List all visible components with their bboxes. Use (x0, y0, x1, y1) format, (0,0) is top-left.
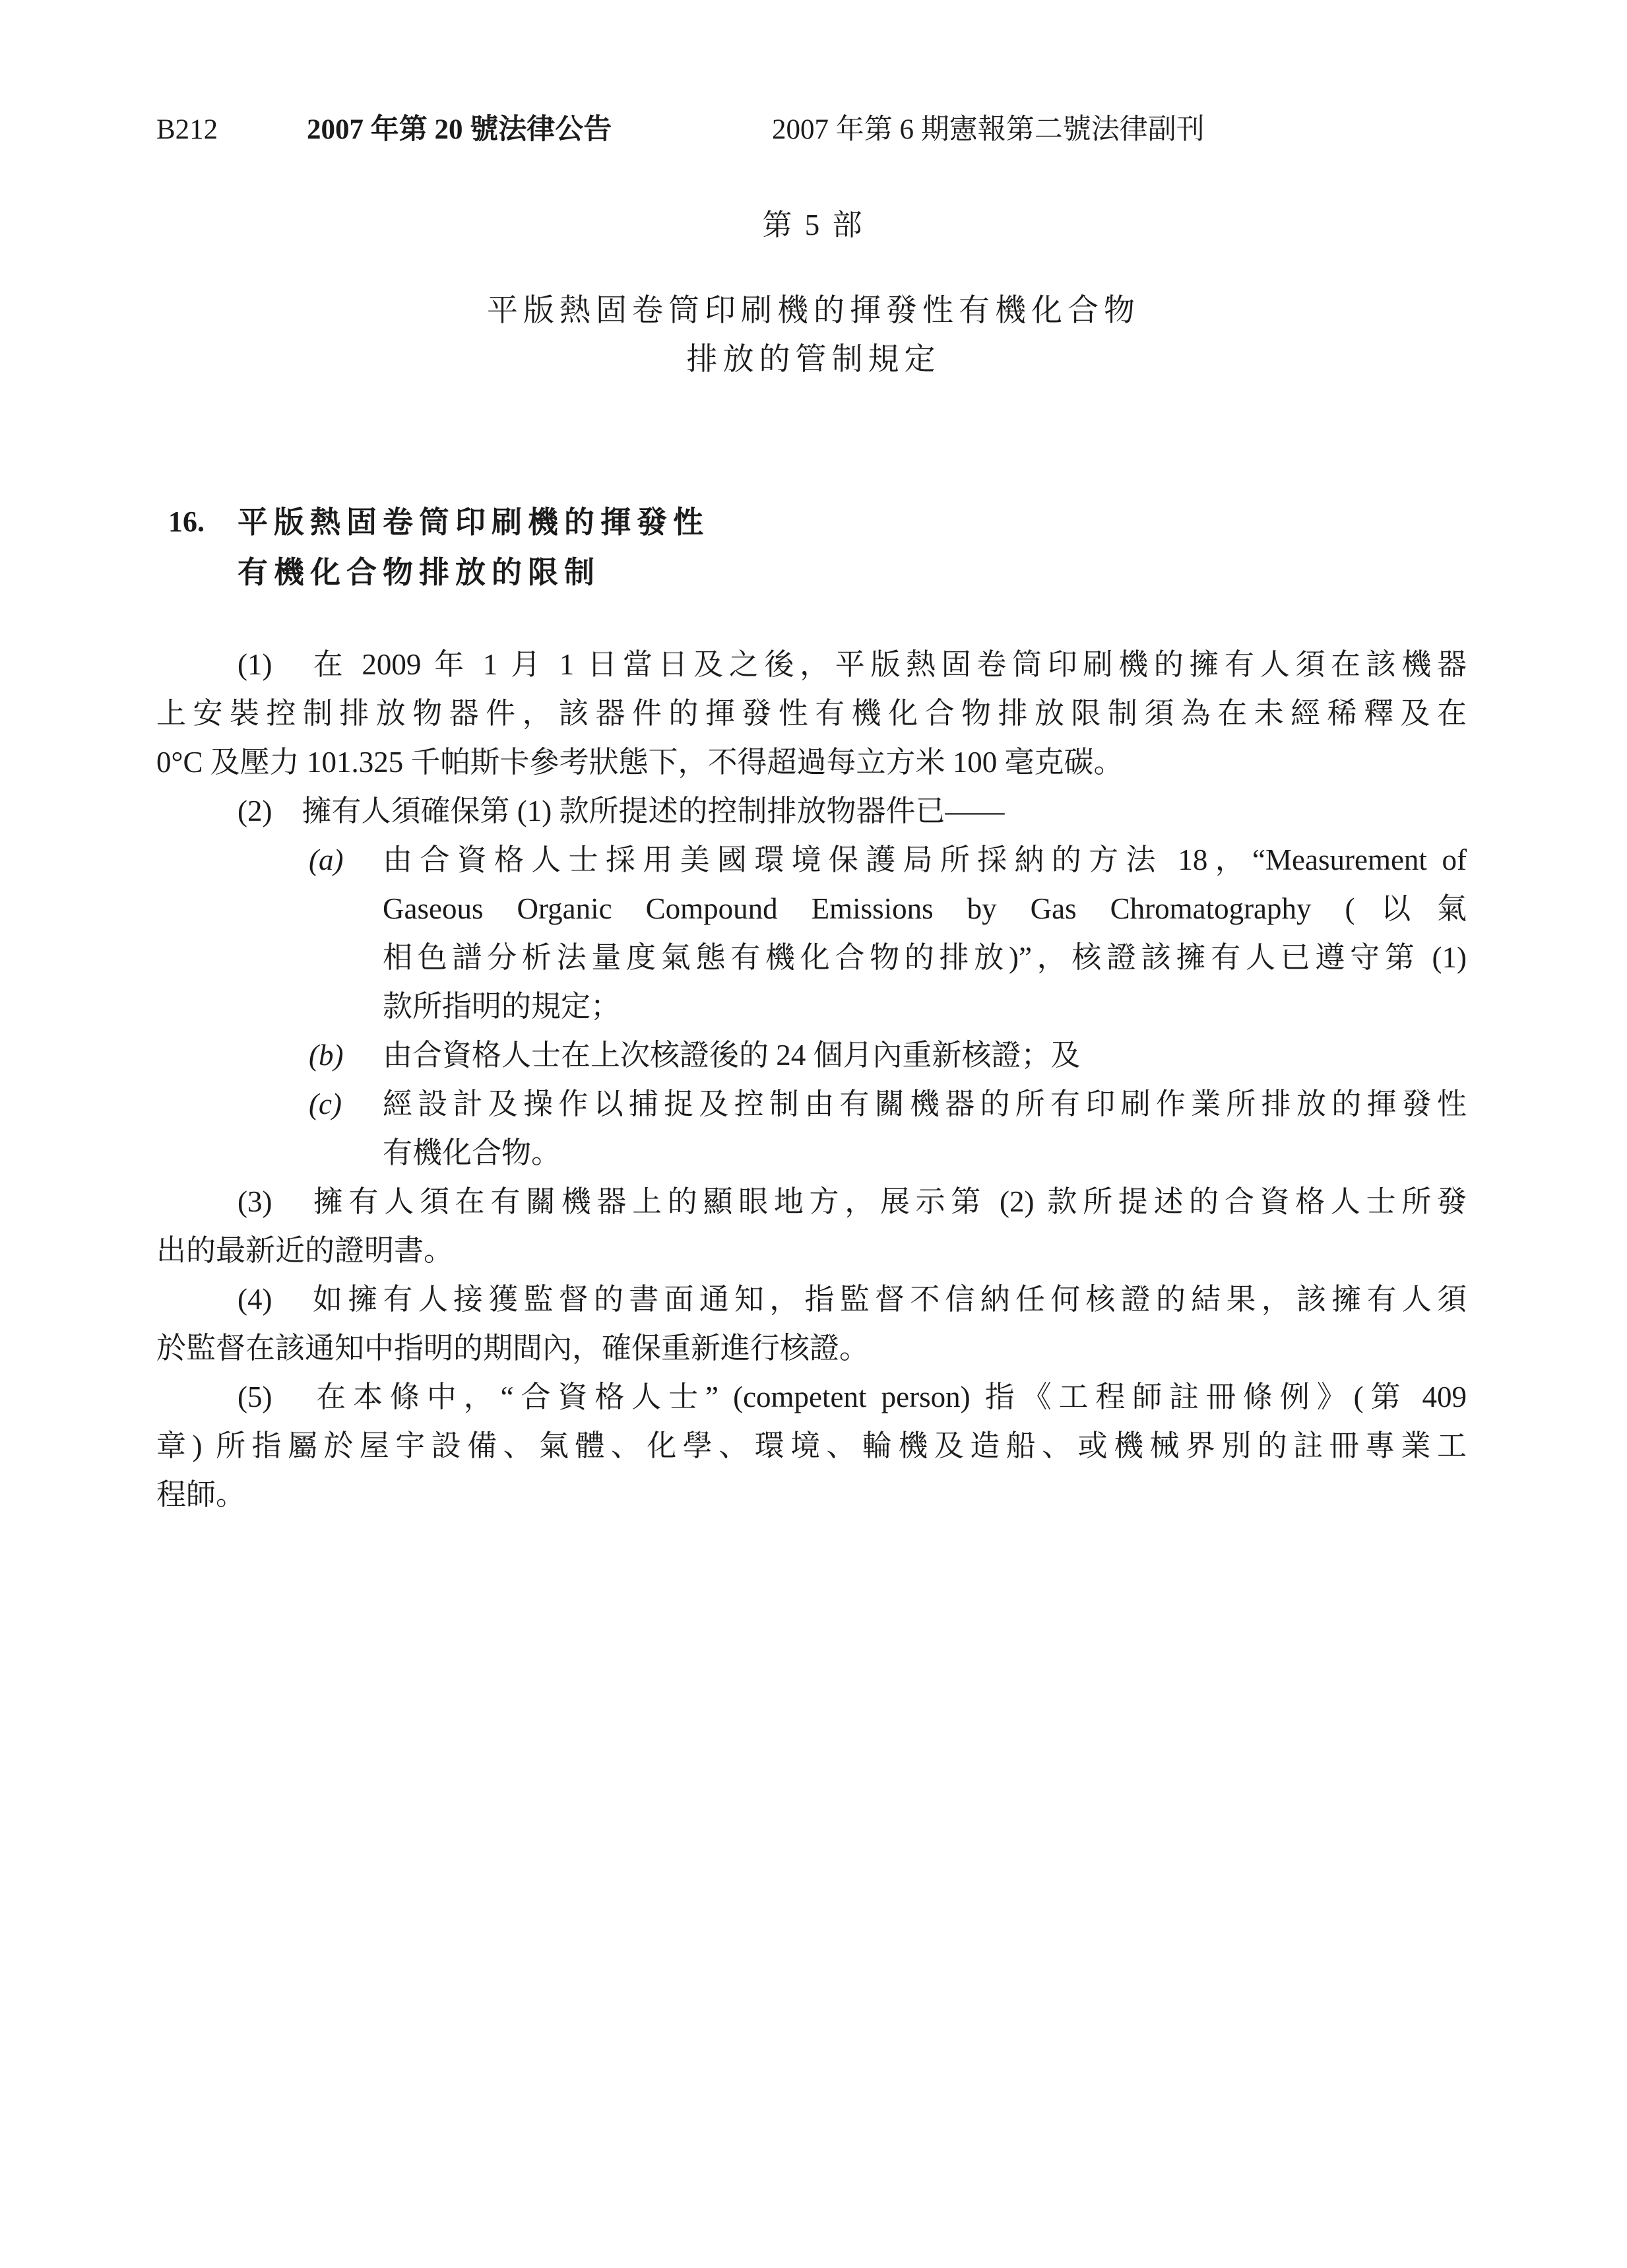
page-number: B212 (156, 106, 218, 154)
text-line: 0°C 及壓力 101.325 千帕斯卡參考狀態下，不得超過每立方米 100 毫… (156, 738, 1467, 787)
text-line: 程師。 (156, 1470, 1467, 1519)
list-item-label: (a) (309, 835, 343, 884)
text-line: (3) 擁有人須在有關機器上的顯眼地方，展示第 (2) 款所提述的合資格人士所發 (156, 1177, 1467, 1226)
paragraph: (4) 如擁有人接獲監督的書面通知，指監督不信納任何核證的結果，該擁有人須於監督… (156, 1275, 1467, 1373)
text-line: 經設計及操作以捕捉及控制由有關機器的所有印刷作業所排放的揮發性 (383, 1080, 1467, 1128)
text-line: 款所指明的規定； (383, 982, 1467, 1031)
text-line: Gaseous Organic Compound Emissions by Ga… (383, 884, 1467, 933)
paragraph: (2) 擁有人須確保第 (1) 款所提述的控制排放物器件已—— (156, 787, 1467, 835)
text-line: 由合資格人士採用美國環境保護局所採納的方法 18，“Measurement of (383, 835, 1467, 884)
text-line: 章) 所指屬於屋宇設備、氣體、化學、環境、輪機及造船、或機械界別的註冊專業工 (156, 1421, 1467, 1470)
part-title-line-2: 排放的管制規定 (158, 335, 1469, 384)
text-line: 由合資格人士在上次核證後的 24 個月內重新核證；及 (383, 1031, 1467, 1080)
section-number: 16. (168, 497, 205, 547)
text-line: 有機化合物。 (383, 1128, 1467, 1177)
paragraph: (5) 在本條中，“合資格人士” (competent person) 指《工程… (156, 1373, 1467, 1519)
gazette-issue-title: 2007 年第 6 期憲報第二號法律副刊 (772, 106, 1205, 154)
text-line: (2) 擁有人須確保第 (1) 款所提述的控制排放物器件已—— (156, 787, 1467, 835)
section-heading-line-2: 有機化合物排放的限制 (238, 547, 1467, 597)
document-page: B212 2007 年第 20 號法律公告 2007 年第 6 期憲報第二號法律… (0, 0, 1627, 2268)
part-number: 第 5 部 (158, 201, 1469, 249)
list-item: (c)經設計及操作以捕捉及控制由有關機器的所有印刷作業所排放的揮發性有機化合物。 (156, 1080, 1467, 1177)
section-heading-lines: 平版熱固卷筒印刷機的揮發性 有機化合物排放的限制 (156, 497, 1467, 597)
section-body: (1) 在 2009 年 1 月 1 日當日及之後，平版熱固卷筒印刷機的擁有人須… (156, 640, 1467, 1519)
part-title: 平版熱固卷筒印刷機的揮發性有機化合物 排放的管制規定 (158, 286, 1469, 384)
text-line: (4) 如擁有人接獲監督的書面通知，指監督不信納任何核證的結果，該擁有人須 (156, 1275, 1467, 1324)
page-header: B212 2007 年第 20 號法律公告 2007 年第 6 期憲報第二號法律… (156, 106, 1467, 154)
text-line: 於監督在該通知中指明的期間內，確保重新進行核證。 (156, 1324, 1467, 1373)
part-title-line-1: 平版熱固卷筒印刷機的揮發性有機化合物 (158, 286, 1469, 335)
text-line: 出的最新近的證明書。 (156, 1226, 1467, 1275)
gazette-notice-title: 2007 年第 20 號法律公告 (307, 106, 612, 154)
text-line: 上安裝控制排放物器件，該器件的揮發性有機化合物排放限制須為在未經稀釋及在 (156, 689, 1467, 738)
paragraph: (3) 擁有人須在有關機器上的顯眼地方，展示第 (2) 款所提述的合資格人士所發… (156, 1177, 1467, 1275)
text-line: 相色譜分析法量度氣態有機化合物的排放)”，核證該擁有人已遵守第 (1) (383, 933, 1467, 982)
section-heading-line-1: 平版熱固卷筒印刷機的揮發性 (238, 497, 1467, 547)
paragraph: (1) 在 2009 年 1 月 1 日當日及之後，平版熱固卷筒印刷機的擁有人須… (156, 640, 1467, 787)
list-item: (a)由合資格人士採用美國環境保護局所採納的方法 18，“Measurement… (156, 835, 1467, 1031)
section-heading: 16. 平版熱固卷筒印刷機的揮發性 有機化合物排放的限制 (156, 497, 1467, 597)
list-item: (b)由合資格人士在上次核證後的 24 個月內重新核證；及 (156, 1031, 1467, 1080)
list-item-label: (c) (309, 1080, 342, 1128)
text-line: (5) 在本條中，“合資格人士” (competent person) 指《工程… (156, 1373, 1467, 1421)
text-line: (1) 在 2009 年 1 月 1 日當日及之後，平版熱固卷筒印刷機的擁有人須… (156, 640, 1467, 689)
list-item-label: (b) (309, 1031, 343, 1080)
